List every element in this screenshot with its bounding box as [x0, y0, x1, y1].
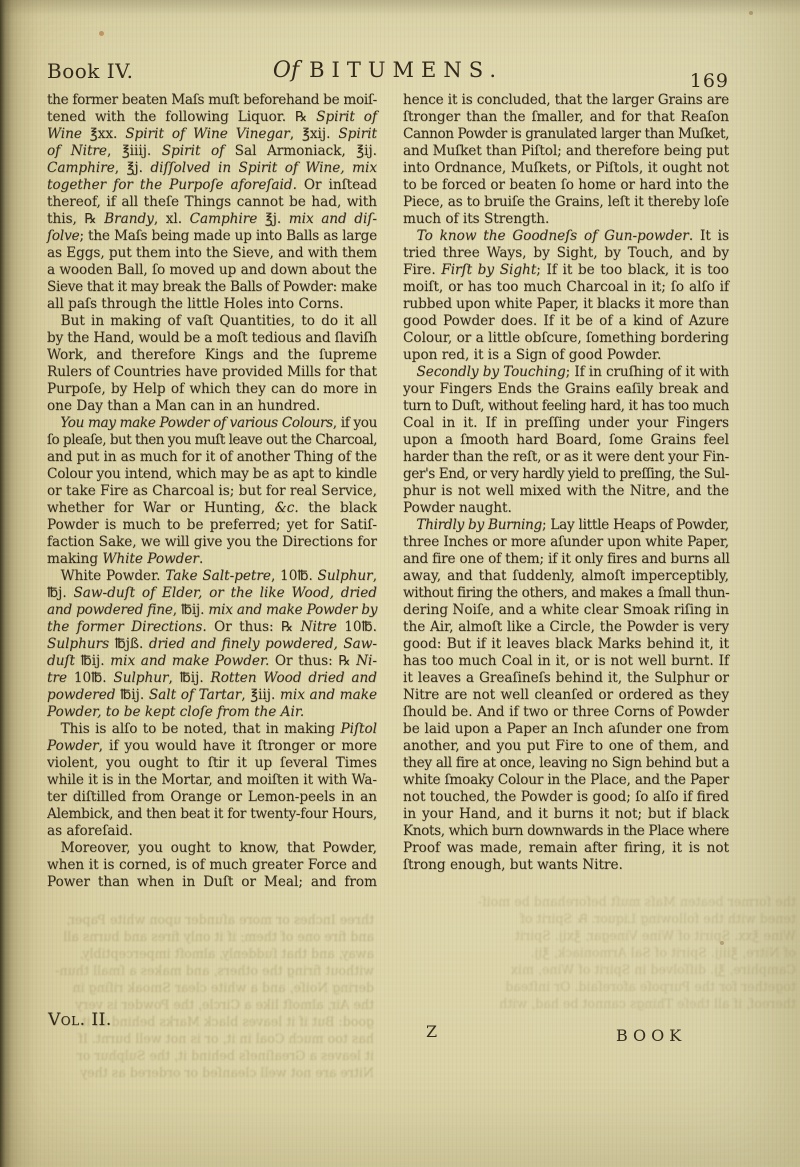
- text-line: the former Directions. Or thus: ℞ Nitre …: [47, 619, 377, 636]
- text-line: another, and you put Fire to one of them…: [403, 738, 729, 755]
- text-line: Moreover, you ought to know, that Powder…: [47, 840, 377, 857]
- text-line: ger's End, or very hardly yield to preſſ…: [403, 466, 729, 483]
- text-line: Proof was made, remain after firing, it …: [403, 840, 729, 857]
- text-line: while it is in the Mortar, and moiſten i…: [47, 772, 377, 789]
- text-line: Cannon Powder is granulated larger than …: [403, 126, 729, 143]
- text-line: You may make Powder of various Colours, …: [47, 415, 377, 432]
- text-line: Powder is much to be preferred; yet for …: [47, 517, 377, 534]
- paper-speck: [749, 11, 753, 15]
- text-line: upon a ſmooth hard Board, ſome Grains fe…: [403, 432, 729, 449]
- text-line: or take Fire as Charcoal is; but for rea…: [47, 483, 377, 500]
- text-line: three Inches or more aſunder upon white …: [403, 534, 729, 551]
- text-line: Work, and therefore Kings and the ſuprem…: [47, 347, 377, 364]
- text-line: turn to Duſt, without feeling hard, it h…: [403, 398, 729, 415]
- text-line: in your Hand, and it burns it not; but i…: [403, 806, 729, 823]
- text-line: phur is not well mixed with the Nitre, a…: [403, 483, 729, 500]
- text-line: upon red, it is a Sign of good Powder.: [403, 347, 729, 364]
- text-line: Coal in it. If in preſſing under your Fi…: [403, 415, 729, 432]
- text-line: rubbed upon white Paper, it blacks it mo…: [403, 296, 729, 313]
- text-line: good Powder does. If it be of a kind of …: [403, 313, 729, 330]
- text-line: Camphire, ℥j. diſſolved in Spirit of Win…: [47, 160, 377, 177]
- text-line: when it is corned, is of much greater Fo…: [47, 857, 377, 874]
- text-line: ſo pleaſe, but then you muſt leave out t…: [47, 432, 377, 449]
- text-line: of Nitre, ℥iiij. Spirit of Sal Armoniack…: [47, 143, 377, 160]
- text-line: Thirdly by Burning; Lay little Heaps of …: [403, 517, 729, 534]
- text-line: white ſmoaky Colour in the Place, and th…: [403, 772, 729, 789]
- volume-label: Vol. II.: [48, 1010, 112, 1030]
- text-line: hence it is concluded, that the larger G…: [403, 92, 729, 109]
- text-line: ſtronger than the ſmaller, and for that …: [403, 109, 729, 126]
- text-line: To know the Goodneſs of Gun-powder. It i…: [403, 228, 729, 245]
- text-line: ſhould be. And if two or three Corns of …: [403, 704, 729, 721]
- text-column-right: hence it is concluded, that the larger G…: [403, 92, 729, 874]
- text-line: Colour, or a little obſcure, ſomething b…: [403, 330, 729, 347]
- text-line: moiſt, or has too much Charcoal in it; ſ…: [403, 279, 729, 296]
- text-line: has too much Coal in it, or is not well …: [403, 653, 729, 670]
- bleedthrough-text-left: three Inches or more aſunder upon white …: [26, 911, 374, 1083]
- text-line: violent, you ought to ſtir it up ſeveral…: [47, 755, 377, 772]
- text-line: be laid upon a Paper an Inch aſunder one…: [403, 721, 729, 738]
- text-line: faction Sake, we will give you the Direc…: [47, 534, 377, 551]
- page-top-shadow: [0, 0, 800, 16]
- text-line: making White Powder.: [47, 551, 377, 568]
- text-line: tre 10℔. Sulphur, ℔ij. Rotten Wood dried…: [47, 670, 377, 687]
- paper-speck: [99, 31, 104, 36]
- text-line: into Ordnance, Muſkets, or Piſtols, it o…: [403, 160, 729, 177]
- text-line: Knots, which burn downwards in the Place…: [403, 823, 729, 840]
- text-line: Power than when in Duſt or Meal; and fro…: [47, 874, 377, 891]
- text-line: Alembick, and then beat it for twenty-fo…: [47, 806, 377, 823]
- text-line: the former beaten Maſs muſt beforehand b…: [47, 92, 377, 109]
- text-line: the Air, almoſt like a Circle, the Powde…: [403, 619, 729, 636]
- text-line: all paſs through the little Holes into C…: [47, 296, 377, 313]
- text-line: Colour you intend, which may be as apt t…: [47, 466, 377, 483]
- text-line: ℔j. Saw-duſt of Elder, or the like Wood,…: [47, 585, 377, 602]
- text-line: ſtrong enough, but wants Nitre.: [403, 857, 729, 874]
- text-line: together for the Purpoſe aforeſaid. Or i…: [47, 177, 377, 194]
- text-line: Wine ℥xx. Spirit of Wine Vinegar, ℥xij. …: [47, 126, 377, 143]
- text-line: good: But if it leaves black Marks behin…: [403, 636, 729, 653]
- text-line: ſolve; the Maſs being made up into Balls…: [47, 228, 377, 245]
- text-line: Powder naught.: [403, 500, 729, 517]
- text-line: White Powder. Take Salt-petre, 10℔. Sulp…: [47, 568, 377, 585]
- bleedthrough-text-right: the former beaten Maſs muſt beforehand b…: [428, 893, 796, 1015]
- text-line: Secondly by Touching; If in cruſhing of …: [403, 364, 729, 381]
- text-line: a wooden Ball, ſo moved up and down abou…: [47, 262, 377, 279]
- text-line: much of its Strength.: [403, 211, 729, 228]
- text-line: Powder, if you would have it ſtronger or…: [47, 738, 377, 755]
- text-line: as aforeſaid.: [47, 823, 377, 840]
- text-line: This is alſo to be noted, that in making…: [47, 721, 377, 738]
- text-line: ter diſtilled from Orange or Lemon-peels…: [47, 789, 377, 806]
- gutter-shadow: [0, 0, 40, 1167]
- text-line: Rulers of Countries have provided Mills …: [47, 364, 377, 381]
- book-page: three Inches or more aſunder upon white …: [0, 0, 800, 1167]
- text-line: But in making of vaſt Quantities, to do …: [47, 313, 377, 330]
- text-line: Sieve that it may break the Balls of Pow…: [47, 279, 377, 296]
- catchword: BOOK: [616, 1026, 686, 1045]
- text-line: harder than the reſt, or as it were dent…: [403, 449, 729, 466]
- text-line: whether for War or Hunting, &c. the blac…: [47, 500, 377, 517]
- text-line: without firing the others, and makes a ſ…: [403, 585, 729, 602]
- text-line: your Fingers Ends the Grains eaſily brea…: [403, 381, 729, 398]
- text-line: powdered ℔ij. Salt of Tartar, ℥iij. mix …: [47, 687, 377, 704]
- text-line: Nitre are not well cleanſed or ordered a…: [403, 687, 729, 704]
- text-line: one Day than a Man can in an hundred.: [47, 398, 377, 415]
- text-line: as Eggs, put them into the Sieve, and wi…: [47, 245, 377, 262]
- text-column-left: the former beaten Maſs muſt beforehand b…: [47, 92, 377, 891]
- header-title-of: Of: [273, 58, 299, 83]
- text-line: they all fire at once, leaving no Sign b…: [403, 755, 729, 772]
- text-line: Sulphurs ℔jß. dried and finely powdered,…: [47, 636, 377, 653]
- text-line: by the Hand, would be a moſt tedious and…: [47, 330, 377, 347]
- text-line: it leaves a Greaſineſs behind it, the Su…: [403, 670, 729, 687]
- text-line: Purpoſe, by Help of which they can do mo…: [47, 381, 377, 398]
- text-line: Fire. Firſt by Sight; If it be too black…: [403, 262, 729, 279]
- text-line: thereof, if all theſe Things cannot be h…: [47, 194, 377, 211]
- text-line: and put in as much for it of another Thi…: [47, 449, 377, 466]
- text-line: duſt ℔ij. mix and make Powder. Or thus: …: [47, 653, 377, 670]
- text-line: away, and that ſuddenly, almoſt impercep…: [403, 568, 729, 585]
- text-line: this, ℞ Brandy, xl. Camphire ℥j. mix and…: [47, 211, 377, 228]
- text-line: not touched, the Powder is good; ſo alſo…: [403, 789, 729, 806]
- signature-mark: Z: [426, 1022, 437, 1041]
- text-line: dering Noiſe, and a white clear Smoak ri…: [403, 602, 729, 619]
- page-number: 169: [403, 70, 729, 92]
- text-line: and fire one of them; if it only fires a…: [403, 551, 729, 568]
- text-line: Piece, as to bruiſe the Grains, leſt it …: [403, 194, 729, 211]
- text-line: tried three Ways, by Sight, by Touch, an…: [403, 245, 729, 262]
- paper-speck: [720, 941, 724, 945]
- text-line: tened with the following Liquor. ℞ Spiri…: [47, 109, 377, 126]
- text-line: and Muſket than Piſtol; and therefore be…: [403, 143, 729, 160]
- text-line: to be forced or beaten ſo home or hard i…: [403, 177, 729, 194]
- text-line: and powdered fine, ℔ij. mix and make Pow…: [47, 602, 377, 619]
- text-line: Powder, to be kept cloſe from the Air.: [47, 704, 377, 721]
